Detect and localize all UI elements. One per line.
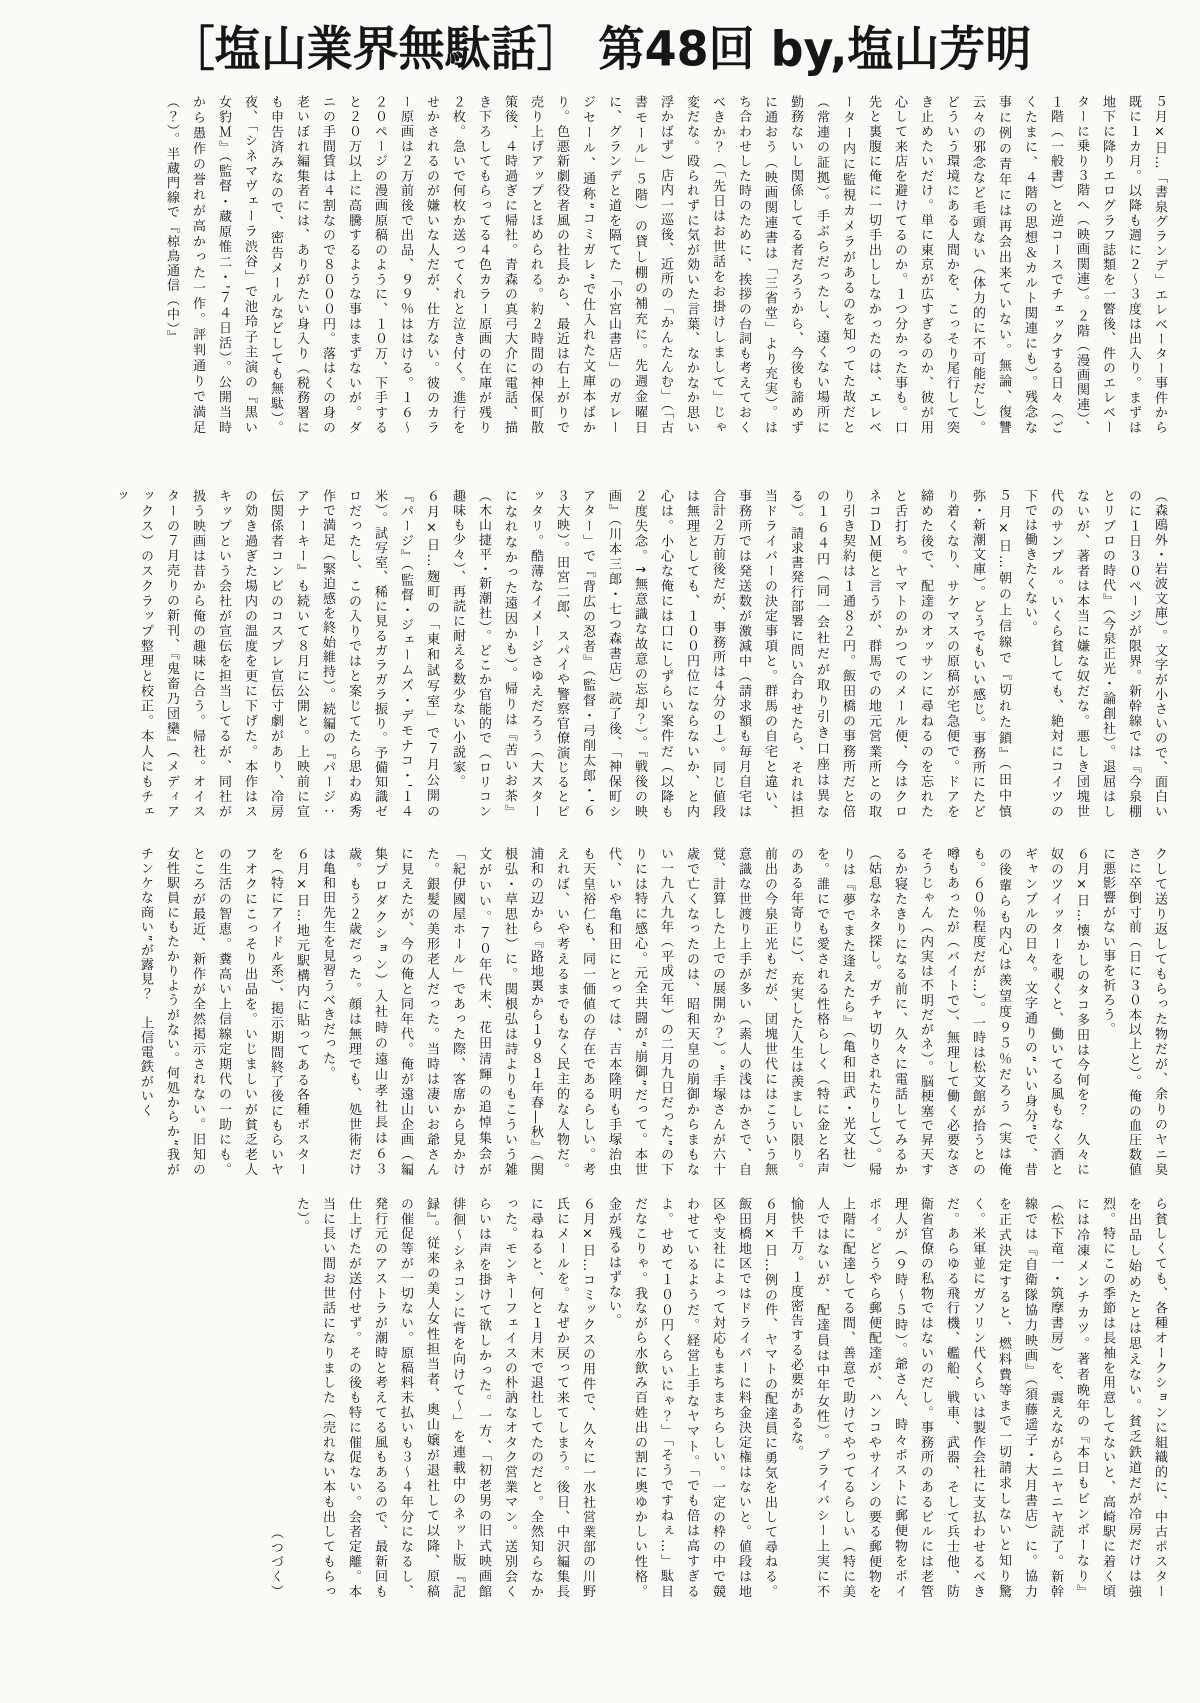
article-band-4: ら貧しくても、各種オークションに組織的に、中古ポスターを出品し始めたとは思えない… xyxy=(28,1197,1172,1599)
vertical-paragraph: ６月×日…地元駅構内に貼ってある各種ポスターを（特にアイドル系）、掲示期間終了後… xyxy=(132,847,314,1177)
vertical-paragraph: ら貧しくても、各種オークションに組織的に、中古ポスターを出品し始めたとは思えない… xyxy=(782,1197,1172,1599)
vertical-paragraph: ６月×日…懐かしのタコ多田は今何を？ 久々に奴のツイッターを覗くと、働いてる風も… xyxy=(314,847,1094,1177)
vertical-paragraph: ６月×日…麹町の「東和試写室」で７月公開の『パージ』（監督・ジェームズ・デモナコ… xyxy=(106,489,444,819)
article-band-3: クして送り返してもらった物だが、余りのヤニ臭さに卒倒寸前（日に３０本以上と）。俺… xyxy=(28,847,1172,1177)
vertical-paragraph: ５月×日…「書泉グランデ」エレベーター事件から既に１カ月。以降も週に２～３度は出… xyxy=(158,95,1172,435)
to-be-continued-note: （つづく） xyxy=(262,1197,288,1599)
magazine-page: ［塩山業界無駄話］ 第48回 by,塩山芳明 ５月×日…「書泉グランデ」エレベー… xyxy=(0,24,1200,1599)
vertical-paragraph: ６月×日…コミックスの用件で、久々に一水社営業部の川野氏にメールを。なぜか戻って… xyxy=(288,1197,600,1599)
vertical-paragraph: クして送り返してもらった物だが、余りのヤニ臭さに卒倒寸前（日に３０本以上と）。俺… xyxy=(1094,847,1172,1177)
article-band-1: ５月×日…「書泉グランデ」エレベーター事件から既に１カ月。以降も週に２～３度は出… xyxy=(28,95,1172,435)
vertical-paragraph: ５月×日…朝の上信線で『切れた鎖』（田中慎弥・新潮文庫）。どうでもいい感じ。事務… xyxy=(444,489,1016,819)
article-band-2: （森鴎外・岩波文庫）。文字が小さいので、面白いのに１日３０ページが限界。新幹線で… xyxy=(28,489,1172,819)
page-title: ［塩山業界無駄話］ 第48回 by,塩山芳明 xyxy=(28,23,1172,76)
vertical-paragraph: （森鴎外・岩波文庫）。文字が小さいので、面白いのに１日３０ページが限界。新幹線で… xyxy=(1016,489,1172,819)
vertical-paragraph: ６月×日…例の件、ヤマトの配達員に勇気を出して尋ねる。飯田橋地区ではドライバーに… xyxy=(600,1197,782,1599)
